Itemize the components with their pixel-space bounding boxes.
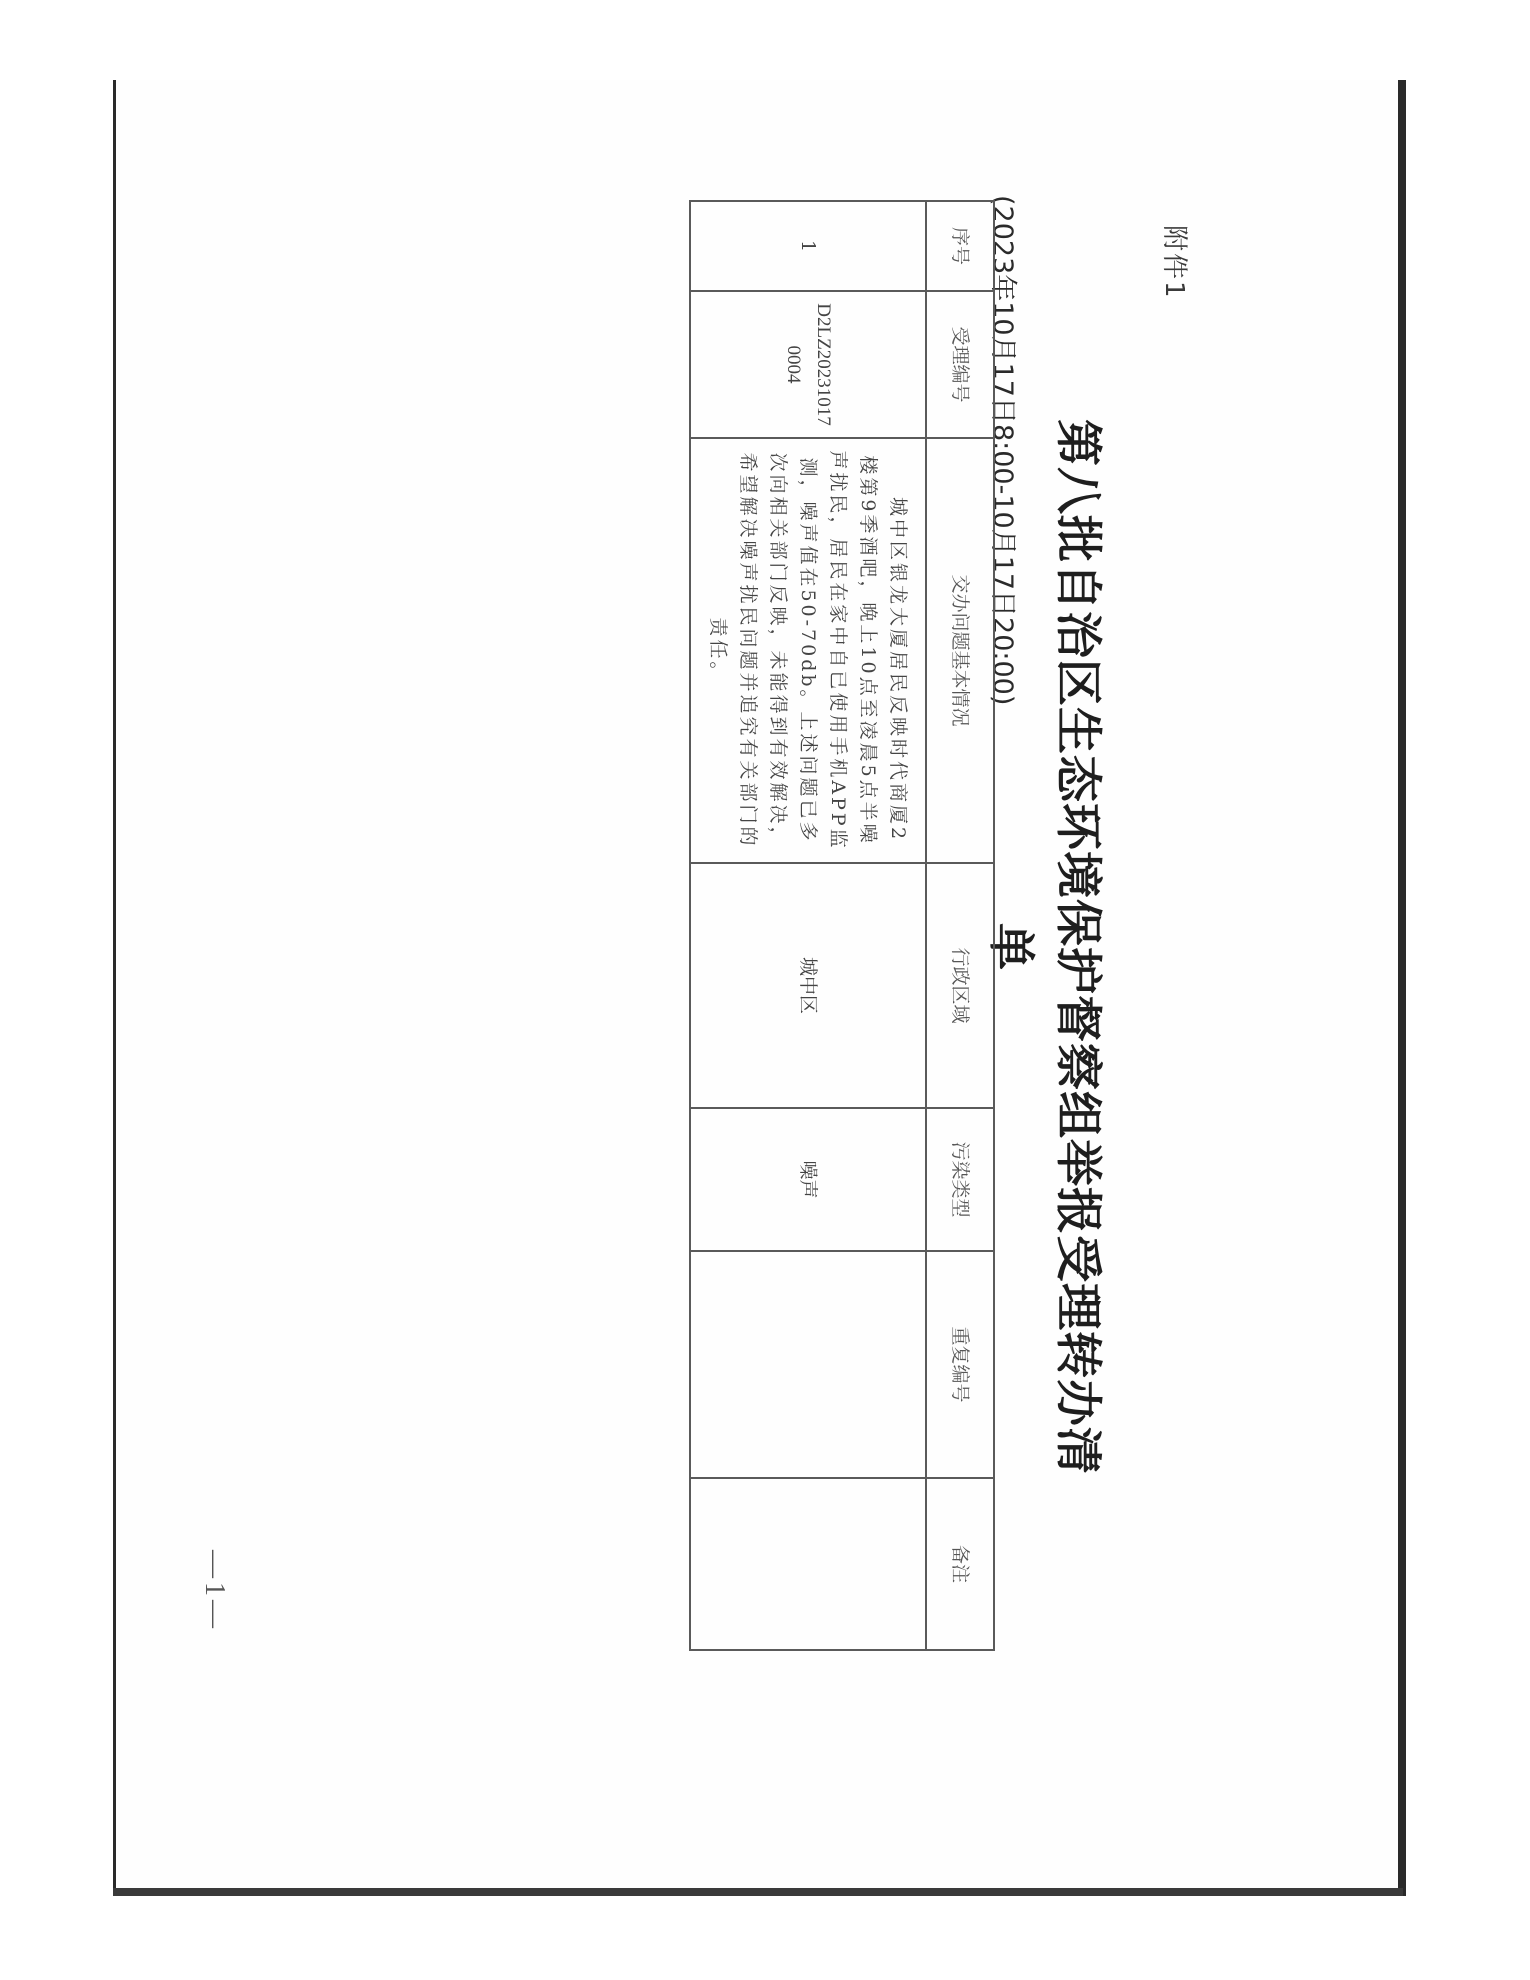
table-header-row: 序号 受理编号 交办问题基本情况 行政区域 污染类型 重复编号 备注 — [926, 201, 994, 1650]
cell-description: 城中区银龙大厦居民反映时代商厦2楼第9季酒吧，晚上10点至凌晨5点半噪声扰民，居… — [690, 438, 926, 863]
cell-pollution-type: 噪声 — [690, 1108, 926, 1251]
cell-code: D2LZ202310170004 — [690, 291, 926, 438]
header-seq: 序号 — [926, 201, 994, 291]
page-number: —1— — [198, 1550, 230, 1632]
header-duplicate-code: 重复编号 — [926, 1251, 994, 1478]
cell-duplicate-code — [690, 1251, 926, 1478]
attachment-label: 附件1 — [1158, 225, 1195, 300]
header-code: 受理编号 — [926, 291, 994, 438]
cell-remarks — [690, 1478, 926, 1650]
rotated-document: 附件1 第八批自治区生态环境保护督察组举报受理转办清单 (2023年10月17日… — [0, 0, 1530, 1980]
header-remarks: 备注 — [926, 1478, 994, 1650]
header-description: 交办问题基本情况 — [926, 438, 994, 863]
table-row: 1 D2LZ202310170004 城中区银龙大厦居民反映时代商厦2楼第9季酒… — [690, 201, 926, 1650]
complaint-list-table: 序号 受理编号 交办问题基本情况 行政区域 污染类型 重复编号 备注 1 D2L… — [689, 200, 995, 1651]
header-pollution-type: 污染类型 — [926, 1108, 994, 1251]
header-district: 行政区域 — [926, 863, 994, 1108]
cell-district: 城中区 — [690, 863, 926, 1108]
cell-seq: 1 — [690, 201, 926, 291]
